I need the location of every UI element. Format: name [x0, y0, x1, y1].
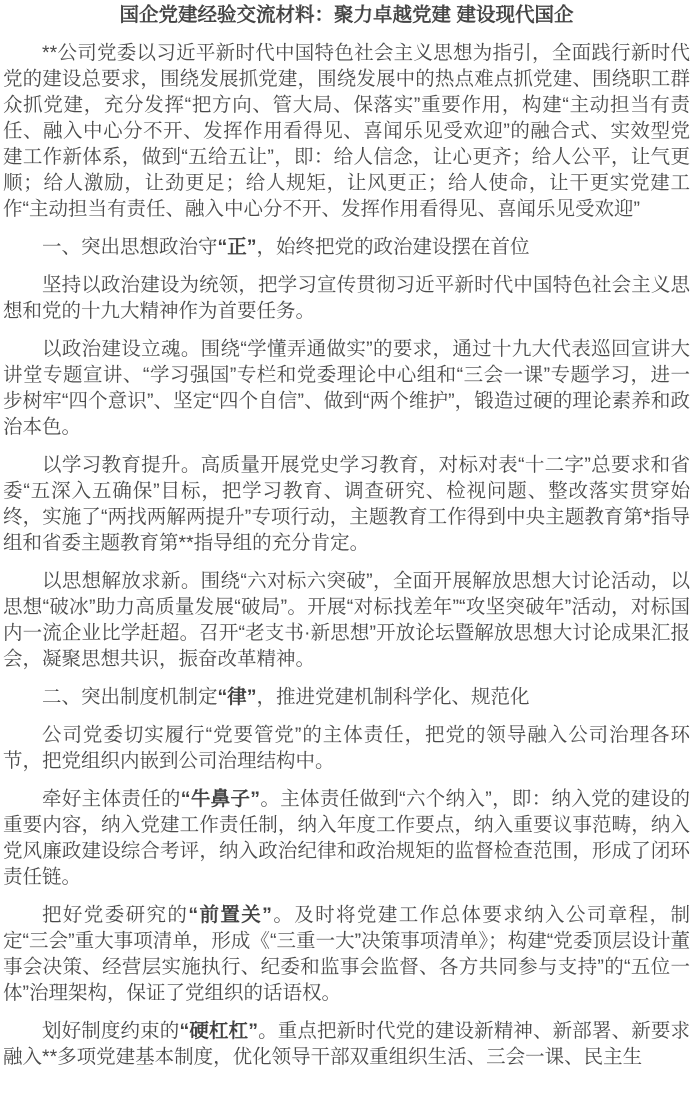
paragraph-text: 把好党委研究的: [42, 904, 188, 926]
para-six-integrations: 牵好主体责任的“牛鼻子”。主体责任做到“六个纳入”，即：纳入党的建设的重要内容，…: [3, 786, 690, 890]
bold-emphasis-zheng: “正”: [218, 236, 257, 258]
document-page: 国企党建经验交流材料：聚力卓越党建 建设现代国企 **公司党委以习近平新时代中国…: [0, 0, 693, 1097]
bold-emphasis-lv: “律”: [218, 686, 257, 708]
para-political-foundation: 坚持以政治建设为统领，把学习宣传贯彻习近平新时代中国特色社会主义思想和党的十九大…: [3, 272, 690, 324]
paragraph-text: 以学习教育提升。高质量开展党史学习教育，对标对表“十二字”总要求和省委“五深入五…: [3, 454, 690, 554]
bold-emphasis-yinggangang: “硬杠杠”: [179, 1020, 258, 1042]
para-study-education: 以学习教育提升。高质量开展党史学习教育，对标对表“十二字”总要求和省委“五深入五…: [3, 452, 690, 556]
paragraph-text: 以思想解放求新。围绕“六对标六突破”，全面开展解放思想大讨论活动，以思想“破冰”…: [3, 570, 690, 670]
paragraph-text: **公司党委以习近平新时代中国特色社会主义思想为指引，全面践行新时代党的建设总要…: [3, 42, 690, 220]
intro-paragraph: **公司党委以习近平新时代中国特色社会主义思想为指引，全面践行新时代党的建设总要…: [3, 40, 690, 222]
bold-emphasis-niubizi: “牛鼻子”: [181, 788, 260, 810]
paragraph-text: 坚持以政治建设为统领，把学习宣传贯彻习近平新时代中国特色社会主义思想和党的十九大…: [3, 274, 690, 322]
paragraph-text: 牵好主体责任的: [42, 788, 181, 810]
heading-text: 一、突出思想政治守: [42, 236, 218, 258]
bold-emphasis-qianzhiguan: “前置关”: [188, 904, 272, 926]
heading-text: ，推进党建机制科学化、规范化: [257, 686, 530, 708]
document-title: 国企党建经验交流材料：聚力卓越党建 建设现代国企: [3, 2, 690, 28]
section-2-heading: 二、突出制度机制定“律”，推进党建机制科学化、规范化: [3, 684, 690, 710]
heading-text: 二、突出制度机制定: [42, 686, 218, 708]
section-1-heading: 一、突出思想政治守“正”，始终把党的政治建设摆在首位: [3, 234, 690, 260]
paragraph-text: 公司党委切实履行“党要管党”的主体责任，把党的领导融入公司治理各环节，把党组织内…: [3, 724, 690, 772]
para-committee-research: 把好党委研究的“前置关”。及时将党建工作总体要求纳入公司章程，制定“三会”重大事…: [3, 902, 690, 1006]
paragraph-text: 以政治建设立魂。围绕“学懂弄通做实”的要求，通过十九大代表巡回宣讲大讲堂专题宣讲…: [3, 338, 690, 438]
heading-text: ，始终把党的政治建设摆在首位: [257, 236, 530, 258]
para-institutional-constraints: 划好制度约束的“硬杠杠”。重点把新时代党的建设新精神、新部署、新要求融入**多项…: [3, 1018, 690, 1070]
paragraph-text: 划好制度约束的: [42, 1020, 179, 1042]
para-political-soul: 以政治建设立魂。围绕“学懂弄通做实”的要求，通过十九大代表巡回宣讲大讲堂专题宣讲…: [3, 336, 690, 440]
para-thought-liberation: 以思想解放求新。围绕“六对标六突破”，全面开展解放思想大讨论活动，以思想“破冰”…: [3, 568, 690, 672]
para-main-responsibility: 公司党委切实履行“党要管党”的主体责任，把党的领导融入公司治理各环节，把党组织内…: [3, 722, 690, 774]
